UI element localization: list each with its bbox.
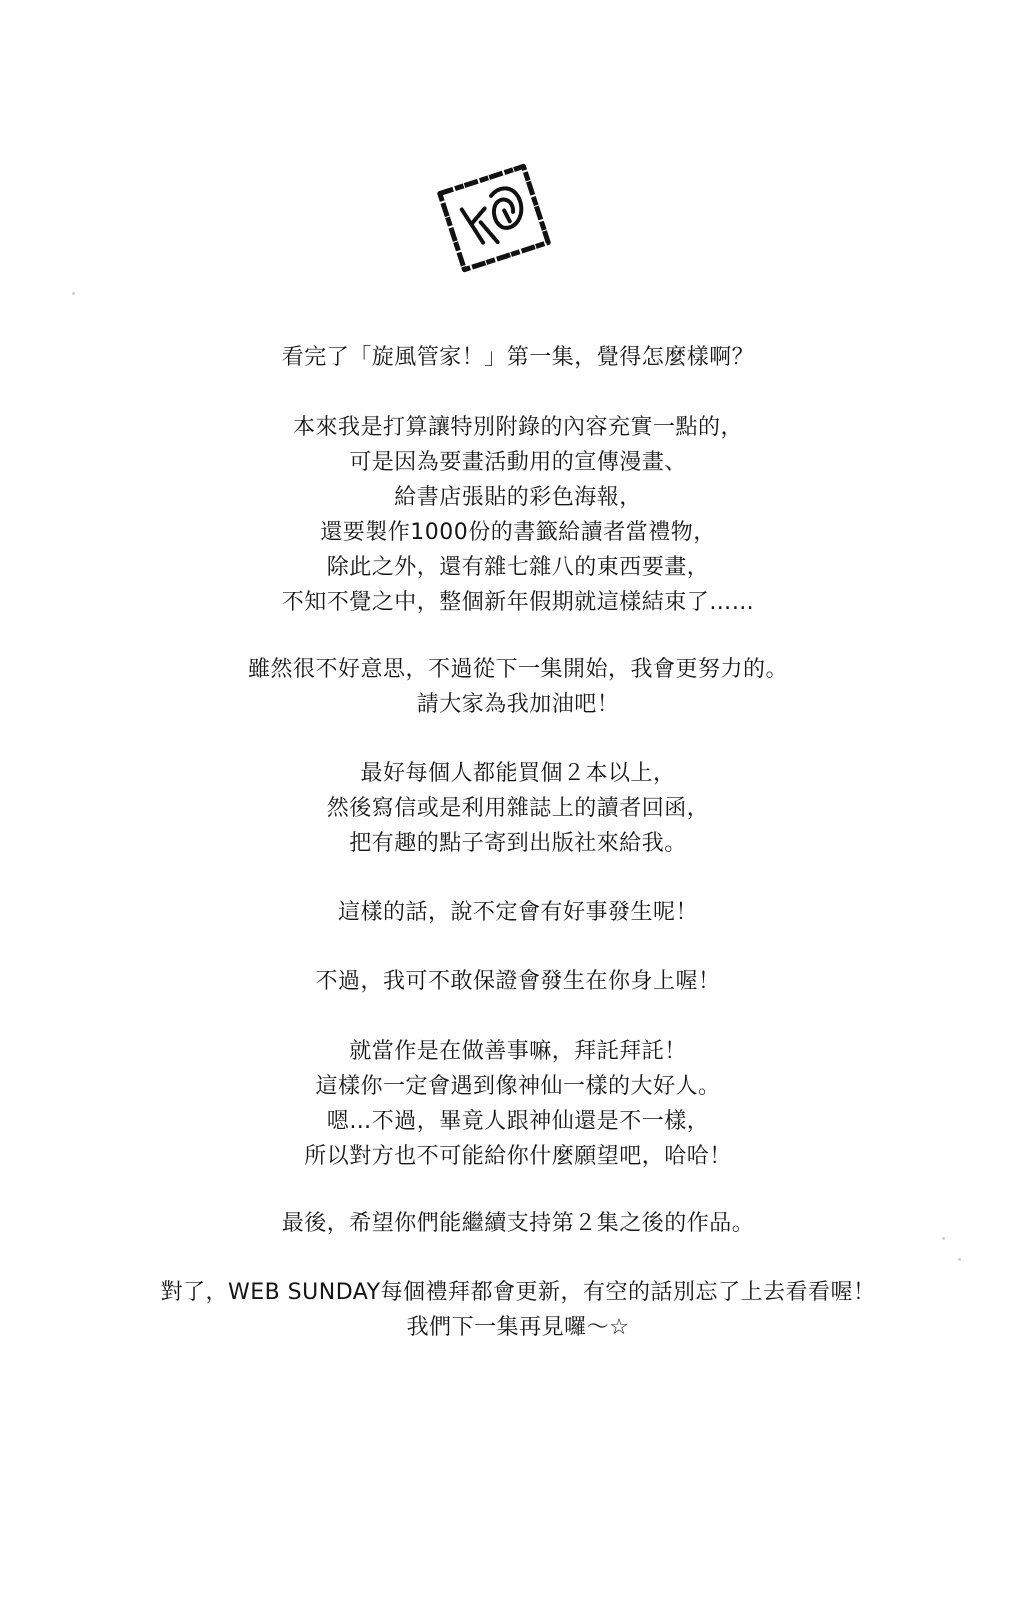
paragraph-excuse: 本來我是打算讓特別附錄的內容充實一點的， 可是因為要畫活動用的宣傳漫畫、 給書店… <box>0 410 1036 620</box>
paragraph-apology: 雖然很不好意思，不過從下一集開始，我會更努力的。 請大家為我加油吧！ <box>0 652 1036 722</box>
text-line: 給書店張貼的彩色海報， <box>0 480 1036 515</box>
text-line: 然後寫信或是利用雜誌上的讀者回函， <box>0 791 1036 826</box>
text-line: 請大家為我加油吧！ <box>0 687 1036 722</box>
text-line: 所以對方也不可能給你什麼願望吧，哈哈！ <box>0 1139 1036 1174</box>
seal-stamp-icon <box>436 160 552 276</box>
paragraph-no-guarantee: 不過，我可不敢保證會發生在你身上喔！ <box>0 964 1036 999</box>
text-line: 把有趣的點子寄到出版社來給我。 <box>0 826 1036 861</box>
text-line: 就當作是在做善事嘛，拜託拜託！ <box>0 1034 1036 1069</box>
scan-speck <box>72 292 75 295</box>
scan-speck <box>958 1258 961 1261</box>
paragraph-web-sunday: 對了，WEB SUNDAY每個禮拜都會更新，有空的話別忘了上去看看喔！ 我們下一… <box>0 1275 1036 1345</box>
text-line: 還要製作1000份的書籤給讀者當禮物， <box>0 515 1036 550</box>
paragraph-good-deeds: 就當作是在做善事嘛，拜託拜託！ 這樣你一定會遇到像神仙一樣的大好人。 嗯…不過，… <box>0 1034 1036 1174</box>
text-line: 我們下一集再見囉～☆ <box>0 1310 1036 1345</box>
text-line: 不過，我可不敢保證會發生在你身上喔！ <box>0 964 1036 999</box>
text-line: 這樣你一定會遇到像神仙一樣的大好人。 <box>0 1069 1036 1104</box>
scan-speck <box>942 1237 945 1240</box>
text-line: 除此之外，還有雜七雜八的東西要畫， <box>0 550 1036 585</box>
text-line: 最好每個人都能買個２本以上， <box>0 756 1036 791</box>
author-seal-stamp <box>436 160 552 276</box>
text-line: 這樣的話，說不定會有好事發生呢！ <box>0 895 1036 930</box>
text-line: 可是因為要畫活動用的宣傳漫畫、 <box>0 445 1036 480</box>
text-line: 雖然很不好意思，不過從下一集開始，我會更努力的。 <box>0 652 1036 687</box>
paragraph-support: 最後，希望你們能繼續支持第２集之後的作品。 <box>0 1206 1036 1241</box>
paragraph-opening: 看完了「旋風管家！」第一集，覺得怎麼樣啊？ <box>0 340 1036 375</box>
text-line: 對了，WEB SUNDAY每個禮拜都會更新，有空的話別忘了上去看看喔！ <box>0 1275 1036 1310</box>
paragraph-good-things: 這樣的話，說不定會有好事發生呢！ <box>0 895 1036 930</box>
document-page: 看完了「旋風管家！」第一集，覺得怎麼樣啊？ 本來我是打算讓特別附錄的內容充實一點… <box>0 0 1036 1600</box>
text-line: 最後，希望你們能繼續支持第２集之後的作品。 <box>0 1206 1036 1241</box>
paragraph-request: 最好每個人都能買個２本以上， 然後寫信或是利用雜誌上的讀者回函， 把有趣的點子寄… <box>0 756 1036 861</box>
text-line: 本來我是打算讓特別附錄的內容充實一點的， <box>0 410 1036 445</box>
text-line: 嗯…不過，畢竟人跟神仙還是不一樣， <box>0 1104 1036 1139</box>
text-line: 不知不覺之中，整個新年假期就這樣結束了…… <box>0 585 1036 620</box>
text-line: 看完了「旋風管家！」第一集，覺得怎麼樣啊？ <box>0 340 1036 375</box>
